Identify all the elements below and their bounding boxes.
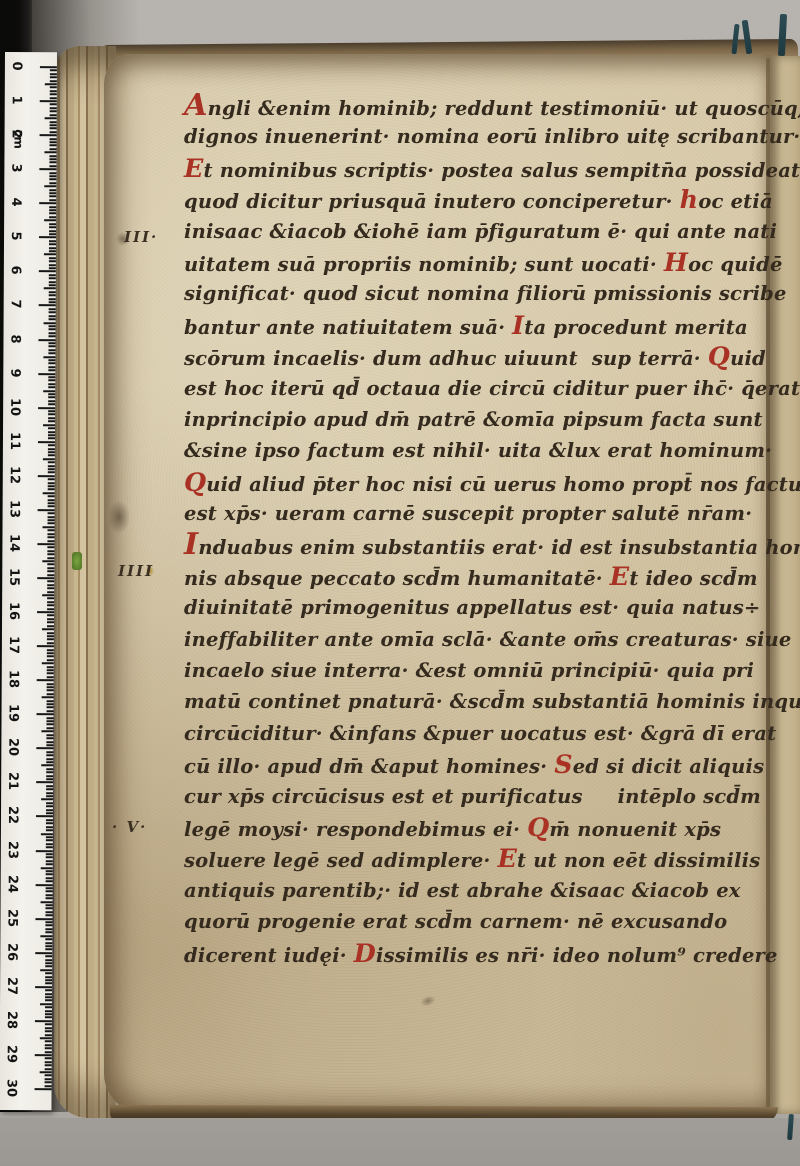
- ruler-tick: [36, 884, 53, 886]
- ruler-tick: [49, 335, 56, 337]
- ruler-tick: [47, 673, 54, 675]
- ruler-tick: [50, 80, 57, 82]
- ink-text: diuinitatē primogenitus appellatus est· …: [184, 596, 760, 619]
- ink-text: ineffabiliter ante omīa sclā· &ante om̄s…: [184, 628, 792, 651]
- ruler-tick: [50, 114, 57, 116]
- ruler-tick: [45, 1000, 52, 1002]
- ruler-tick: [48, 502, 55, 504]
- ruler-tick: [48, 465, 55, 467]
- manuscript-line: bantur ante natiuitatem suā· Ita procedu…: [184, 310, 776, 341]
- ruler-tick: [48, 499, 55, 501]
- ruler-number: 26: [5, 939, 19, 965]
- ruler-tick: [49, 294, 56, 296]
- ruler-tick: [47, 693, 54, 695]
- ruler-tick: [48, 438, 55, 440]
- ruler-tick: [47, 608, 54, 610]
- scan-background-bottom: [0, 1118, 800, 1166]
- manuscript-line: est hoc iterū qd̄ octaua die circū cidit…: [184, 373, 776, 404]
- ruler-tick: [44, 185, 56, 187]
- ruler-tick: [47, 669, 54, 671]
- ruler-tick: [45, 1068, 52, 1070]
- ink-text: inprincipio apud dm̄ patrē &omīa pipsum …: [184, 408, 763, 431]
- ruler-tick: [46, 724, 53, 726]
- ruler-tick: [49, 281, 56, 283]
- ruler-number: 19: [6, 700, 20, 726]
- ruler-tick: [36, 748, 53, 750]
- ruler-tick: [44, 288, 56, 290]
- ruler-tick: [50, 128, 57, 130]
- ruler-tick: [49, 158, 56, 160]
- rubric-initial: S: [554, 749, 573, 779]
- ruler-tick: [39, 305, 56, 307]
- ruler-tick: [46, 829, 53, 831]
- ruler-tick: [48, 346, 55, 348]
- ruler-tick: [45, 955, 52, 957]
- ruler-tick: [48, 410, 55, 412]
- margin-chapter-number: IIII: [118, 562, 154, 580]
- ruler-number: 11: [8, 428, 22, 454]
- ruler-tick: [46, 826, 53, 828]
- ruler-tick: [45, 949, 52, 951]
- ruler-number: 4: [9, 189, 23, 215]
- ruler-tick: [50, 70, 57, 72]
- ruler-tick: [38, 407, 55, 409]
- ruler-number: 30: [5, 1075, 19, 1101]
- ruler-tick: [41, 901, 53, 903]
- ruler-tick: [46, 897, 53, 899]
- ruler-tick: [45, 1061, 52, 1063]
- ruler-tick: [48, 519, 55, 521]
- rubric-initial: Q: [527, 812, 549, 842]
- manuscript-line: dignos inuenerint· nomina eorū inlibro u…: [184, 121, 776, 152]
- ruler-tick: [48, 417, 55, 419]
- ruler-tick: [50, 145, 57, 147]
- ruler-tick: [48, 352, 55, 354]
- ruler-tick: [48, 482, 55, 484]
- ruler-tick: [45, 1044, 52, 1046]
- ruler-tick: [39, 202, 56, 204]
- ruler-tick: [45, 921, 52, 923]
- ruler-tick: [48, 403, 55, 405]
- ruler-tick: [49, 301, 56, 303]
- text-block: Angli &enim hominib; reddunt testimoniū·…: [184, 90, 776, 969]
- manuscript-line: inprincipio apud dm̄ patrē &omīa pipsum …: [184, 404, 776, 435]
- ruler-tick: [48, 421, 55, 423]
- manuscript-line: diuinitatē primogenitus appellatus est· …: [184, 592, 776, 623]
- ruler-number: 3: [9, 155, 23, 181]
- ruler-tick: [47, 676, 54, 678]
- ruler-tick: [42, 594, 54, 596]
- ink-text: ta procedunt merita: [524, 316, 748, 339]
- ruler-tick: [41, 765, 53, 767]
- ruler-tick: [46, 846, 53, 848]
- ruler-tick: [39, 168, 56, 170]
- ink-text: ngli &enim hominib; reddunt testimoniū· …: [208, 97, 800, 120]
- ruler-tick: [48, 376, 55, 378]
- manuscript-line: inisaac &iacob &iohē iam p̄figuratum ē· …: [184, 216, 776, 247]
- ruler-tick: [47, 601, 54, 603]
- ruler-tick: [46, 836, 53, 838]
- ruler-tick: [50, 73, 57, 75]
- ruler-tick: [49, 172, 56, 174]
- rubric-initial: H: [664, 247, 688, 277]
- ruler-tick: [48, 489, 55, 491]
- ink-text: incaelo siue interra· &est omniū princip…: [184, 659, 754, 682]
- ruler-tick: [35, 918, 52, 920]
- rubric-initial: D: [354, 938, 376, 968]
- ruler-tick: [47, 652, 54, 654]
- ink-text: significat· quod sicut nomina filiorū pm…: [184, 282, 787, 305]
- ruler-tick: [46, 737, 53, 739]
- cm-ruler: cm 0123456789101112131415161718192021222…: [0, 52, 57, 1110]
- ruler-tick: [45, 983, 52, 985]
- ruler-tick: [47, 540, 54, 542]
- ruler-tick: [49, 162, 56, 164]
- ruler-tick: [46, 805, 53, 807]
- ruler-tick: [49, 315, 56, 317]
- ruler-tick: [44, 254, 56, 256]
- ruler-tick: [46, 785, 53, 787]
- ruler-tick: [45, 1010, 52, 1012]
- ruler-tick: [47, 584, 54, 586]
- ruler-tick: [50, 97, 57, 99]
- ruler-tick: [49, 267, 56, 269]
- ruler-tick: [47, 564, 54, 566]
- ruler-tick: [46, 863, 53, 865]
- ruler-tick: [40, 1071, 52, 1073]
- ruler-tick: [50, 124, 57, 126]
- ruler-tick: [46, 734, 53, 736]
- ruler-tick: [46, 768, 53, 770]
- ruler-number: 17: [7, 632, 21, 658]
- ruler-tick: [49, 226, 56, 228]
- ruler-tick: [45, 972, 52, 974]
- ruler-number: 5: [9, 223, 23, 249]
- ruler-number: 29: [5, 1041, 19, 1067]
- ruler-tick: [48, 359, 55, 361]
- ruler-tick: [48, 434, 55, 436]
- ruler-tick: [48, 451, 55, 453]
- ink-text: nduabus enim substantiis erat· id est in…: [198, 536, 800, 559]
- rubric-initial: E: [498, 843, 518, 873]
- ruler-tick: [44, 151, 56, 153]
- ruler-number: 27: [5, 973, 19, 999]
- ruler-number: 20: [6, 734, 20, 760]
- ruler-tick: [49, 250, 56, 252]
- ruler-tick: [40, 969, 52, 971]
- manuscript-line: Quid aliud p̄ter hoc nisi cū uerus homo …: [184, 467, 776, 498]
- ruler-tick: [37, 543, 54, 545]
- ruler-tick: [49, 264, 56, 266]
- ruler-tick: [49, 213, 56, 215]
- ruler-tick: [50, 138, 57, 140]
- ruler-tick: [46, 758, 53, 760]
- ruler-tick: [37, 679, 54, 681]
- ruler-tick: [47, 632, 54, 634]
- ruler-tick: [48, 461, 55, 463]
- ruler-number: 0: [10, 53, 24, 79]
- ruler-tick: [48, 380, 55, 382]
- manuscript-line: quorū progenie erat scd̄m carnem· nē exc…: [184, 906, 776, 937]
- ruler-tick: [45, 83, 57, 85]
- ruler-tick: [35, 1054, 52, 1056]
- manuscript-line: est xp̄s· ueram carnē suscepit propter s…: [184, 498, 776, 529]
- ruler-tick: [46, 809, 53, 811]
- ruler-tick: [45, 993, 52, 995]
- ruler-tick: [48, 478, 55, 480]
- ruler-tick: [49, 247, 56, 249]
- ruler-number: 12: [8, 462, 22, 488]
- ruler-tick: [49, 192, 56, 194]
- ruler-tick: [48, 349, 55, 351]
- ink-text: uitatem suā propriis nominib; sunt uocat…: [184, 253, 664, 276]
- ruler-tick: [46, 887, 53, 889]
- manuscript-line: ineffabiliter ante omīa sclā· &ante om̄s…: [184, 624, 776, 655]
- ruler-tick: [48, 363, 55, 365]
- ruler-number: 7: [9, 291, 23, 317]
- manuscript-line: dicerent iudęi· Dissimilis es nr̄i· ideo…: [184, 938, 776, 969]
- ruler-number: 9: [8, 360, 22, 386]
- ruler-tick: [37, 611, 54, 613]
- ruler-tick: [49, 175, 56, 177]
- ruler-tick: [49, 182, 56, 184]
- ruler-tick: [49, 243, 56, 245]
- ruler-tick: [47, 703, 54, 705]
- ruler-tick: [45, 1030, 52, 1032]
- ruler-tick: [47, 686, 54, 688]
- ink-text: m̄ nonuenit xp̄s: [549, 818, 721, 841]
- ruler-number: 18: [7, 666, 21, 692]
- ruler-tick: [45, 959, 52, 961]
- margin-chapter-number: III·: [124, 228, 158, 246]
- ruler-tick: [43, 390, 55, 392]
- ruler-tick: [49, 209, 56, 211]
- ruler-tick: [49, 148, 56, 150]
- ruler-tick: [45, 1081, 52, 1083]
- ruler-tick: [46, 775, 53, 777]
- ruler-tick: [49, 291, 56, 293]
- ruler-tick: [36, 782, 53, 784]
- ink-text: t ut non eēt dissimilis: [517, 849, 760, 872]
- ruler-tick: [46, 795, 53, 797]
- ruler-tick: [46, 840, 53, 842]
- rubric-initial: h: [680, 184, 699, 214]
- ruler-tick: [46, 771, 53, 773]
- ruler-number: 15: [7, 564, 21, 590]
- manuscript-line: matū continet pnaturā· &scd̄m substantiā…: [184, 686, 776, 717]
- ruler-tick: [45, 1013, 52, 1015]
- ruler-tick: [49, 329, 56, 331]
- manuscript-line: significat· quod sicut nomina filiorū pm…: [184, 278, 776, 309]
- ruler-tick: [41, 799, 53, 801]
- ink-text: dignos inuenerint· nomina eorū inlibro u…: [184, 125, 800, 148]
- ruler-tick: [46, 857, 53, 859]
- ruler-tick: [47, 690, 54, 692]
- ruler-tick: [50, 93, 57, 95]
- ruler-tick: [46, 754, 53, 756]
- ruler-tick: [45, 925, 52, 927]
- ruler-tick: [45, 945, 52, 947]
- ruler-tick: [47, 710, 54, 712]
- ruler-tick: [40, 1037, 52, 1039]
- ruler-tick: [46, 860, 53, 862]
- ink-text: scōrum incaelis· dum adhuc uiuunt sup te…: [184, 347, 708, 370]
- ruler-tick: [49, 216, 56, 218]
- ruler-tick: [47, 553, 54, 555]
- ruler-tick: [45, 938, 52, 940]
- ruler-tick: [38, 441, 55, 443]
- ruler-tick: [48, 393, 55, 395]
- ruler-tick: [47, 530, 54, 532]
- ruler-tick: [45, 1051, 52, 1053]
- ruler-tick: [47, 615, 54, 617]
- ruler-tick: [45, 1058, 52, 1060]
- ruler-tick: [46, 891, 53, 893]
- ruler-tick: [45, 1034, 52, 1036]
- ink-text: quorū progenie erat scd̄m carnem· nē exc…: [184, 910, 727, 933]
- ruler-tick: [49, 165, 56, 167]
- ruler-tick: [49, 274, 56, 276]
- ruler-tick: [48, 455, 55, 457]
- ink-text: t nominibus scriptis· postea salus sempi…: [204, 159, 800, 182]
- ruler-tick: [47, 622, 54, 624]
- ruler-tick: [49, 284, 56, 286]
- ruler-number: 1: [10, 87, 24, 113]
- ruler-tick: [48, 495, 55, 497]
- ruler-tick: [46, 870, 53, 872]
- ruler-tick: [45, 1024, 52, 1026]
- rubric-initial: A: [184, 88, 208, 123]
- ink-text: est hoc iterū qd̄ octaua die circū cidit…: [184, 377, 800, 400]
- ruler-tick: [49, 206, 56, 208]
- ruler-tick: [40, 935, 52, 937]
- ruler-tick: [48, 431, 55, 433]
- ruler-tick: [50, 107, 57, 109]
- ink-text: nis absque peccato scd̄m humanitatē·: [184, 567, 610, 590]
- ruler-tick: [45, 1047, 52, 1049]
- ruler-tick: [46, 751, 53, 753]
- ruler-tick: [47, 550, 54, 552]
- ruler-tick: [47, 625, 54, 627]
- rubric-initial: Q: [184, 467, 206, 497]
- ruler-tick: [49, 223, 56, 225]
- ruler-tick: [35, 1088, 52, 1090]
- ruler-tick: [45, 911, 52, 913]
- ruler-tick: [49, 196, 56, 198]
- ruler-tick: [49, 325, 56, 327]
- ruler-tick: [47, 591, 54, 593]
- ruler-tick: [46, 894, 53, 896]
- ruler-tick: [48, 386, 55, 388]
- ruler-tick: [37, 645, 54, 647]
- ink-text: dicerent iudęi·: [184, 944, 354, 967]
- ruler-tick: [40, 66, 57, 68]
- rubric-initial: E: [610, 561, 630, 591]
- ruler-tick: [45, 989, 52, 991]
- ruler-tick: [40, 1003, 52, 1005]
- ruler-tick: [46, 761, 53, 763]
- ruler-tick: [46, 802, 53, 804]
- ruler-tick: [46, 843, 53, 845]
- margin-chapter-number: · V·: [112, 818, 147, 836]
- ruler-tick: [43, 526, 55, 528]
- ruler-tick: [45, 942, 52, 944]
- ruler-tick: [41, 867, 53, 869]
- ruler-tick: [43, 492, 55, 494]
- manuscript-line: soluere legē sed adimplere· Et ut non eē…: [184, 843, 776, 874]
- ruler-tick: [38, 509, 55, 511]
- manuscript-line: uitatem suā propriis nominib; sunt uocat…: [184, 247, 776, 278]
- ruler-tick: [37, 713, 54, 715]
- ink-text: soluere legē sed adimplere·: [184, 849, 498, 872]
- ink-text: oc etiā: [698, 190, 773, 213]
- ruler-tick: [45, 1085, 52, 1087]
- ruler-number: 6: [9, 257, 23, 283]
- ruler-tick: [50, 111, 57, 113]
- ink-text: inisaac &iacob &iohē iam p̄figuratum ē· …: [184, 220, 777, 243]
- ruler-tick: [48, 400, 55, 402]
- ruler-tick: [47, 581, 54, 583]
- green-marker: [72, 552, 82, 570]
- ruler-tick: [48, 444, 55, 446]
- ruler-tick: [41, 833, 53, 835]
- ruler-tick: [49, 230, 56, 232]
- ruler-tick: [47, 639, 54, 641]
- manuscript-line: &sine ipso factum est nihil· uita &lux e…: [184, 435, 776, 466]
- manuscript-line: antiquis parentib;· id est abrahe &isaac…: [184, 875, 776, 906]
- ruler-tick: [47, 717, 54, 719]
- ruler-tick: [42, 696, 54, 698]
- manuscript-line: legē moysi· respondebimus ei· Qm̄ nonuen…: [184, 812, 776, 843]
- ruler-tick: [48, 468, 55, 470]
- ruler-tick: [46, 788, 53, 790]
- ruler-tick: [42, 662, 54, 664]
- ruler-tick: [45, 932, 52, 934]
- ruler-tick: [50, 104, 57, 106]
- ruler-number: 22: [6, 802, 20, 828]
- ruler-tick: [45, 966, 52, 968]
- manuscript-photo: { "photo": { "backdrop_color": "#b2aeaa"…: [0, 0, 800, 1166]
- ruler-tick: [46, 904, 53, 906]
- ruler-tick: [48, 485, 55, 487]
- ruler-tick: [42, 560, 54, 562]
- ruler-tick: [47, 547, 54, 549]
- ruler-tick: [48, 427, 55, 429]
- ruler-tick: [45, 1006, 52, 1008]
- ruler-tick: [38, 475, 55, 477]
- ruler-tick: [48, 516, 55, 518]
- ruler-tick: [47, 635, 54, 637]
- ruler-tick: [45, 914, 52, 916]
- ruler-tick: [49, 308, 56, 310]
- ruler-number: 8: [8, 326, 22, 352]
- manuscript-line: scōrum incaelis· dum adhuc uiuunt sup te…: [184, 341, 776, 372]
- ink-text: matū continet pnaturā· &scd̄m substantiā…: [184, 690, 800, 713]
- ruler-tick: [49, 199, 56, 201]
- ruler-tick: [47, 604, 54, 606]
- ruler-tick: [47, 700, 54, 702]
- ink-text: bantur ante natiuitatem suā·: [184, 316, 512, 339]
- ruler-tick: [46, 877, 53, 879]
- ruler-tick: [46, 908, 53, 910]
- ruler-tick: [36, 850, 53, 852]
- ruler-tick: [45, 928, 52, 930]
- manuscript-line: Angli &enim hominib; reddunt testimoniū·…: [184, 90, 776, 121]
- ruler-tick: [47, 598, 54, 600]
- ink-text: cū illo· apud dm̄ &aput homines·: [184, 755, 554, 778]
- ruler-tick: [45, 962, 52, 964]
- ruler-tick: [46, 741, 53, 743]
